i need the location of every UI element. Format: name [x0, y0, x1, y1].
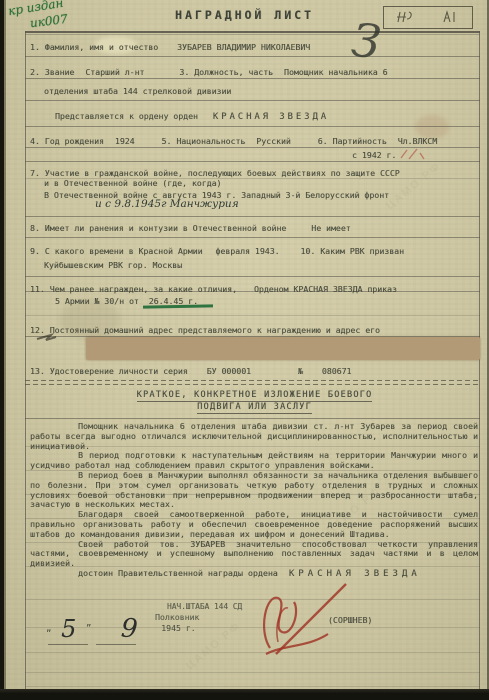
form-top-border-shadow: [25, 34, 480, 35]
form-right-border: [479, 31, 480, 689]
field-id-card-number: 080671: [322, 366, 352, 376]
summary-heading-line2: ПОДВИГА ИЛИ ЗАСЛУГ: [40, 402, 469, 413]
field-nationality-label: 5. Национальность: [162, 136, 246, 146]
pen-smudge-icon: [34, 330, 64, 344]
field-position-label: 3. Должность, часть: [179, 67, 273, 77]
field-prior-awards-row: 11. Чем ранее награжден, за какие отличи…: [30, 284, 397, 294]
summary-heading-line1: КРАТКОЕ, КОНКРЕТНОЕ ИЗЛОЖЕНИЕ БОЕВОГО: [40, 390, 469, 401]
presented-award-name: КРАСНАЯ ЗВЕЗДА: [213, 112, 329, 122]
scan-edge-bottom: [0, 689, 489, 700]
field-name-label: 1. Фамилия, имя и отчество: [30, 42, 158, 52]
handwritten-note-top-left-2: ик007: [29, 13, 68, 31]
scan-edge-left-shadow: [4, 0, 6, 700]
red-check-mark-icon: [398, 146, 426, 164]
summary-paragraph: Помощник начальника 6 отделения штаба ди…: [30, 422, 478, 451]
field-id-card-row: 13. Удостоверение личности серия БУ 0000…: [30, 366, 351, 376]
red-signature-icon: [248, 578, 363, 663]
form-left-border: [25, 31, 26, 689]
presented-for-row: Представляется к ордену орден КРАСНАЯ ЗВ…: [55, 111, 329, 123]
field-name-value: ЗУБАРЕВ ВЛАДИМИР НИКОЛАЕВИЧ: [177, 42, 310, 52]
field-birth-year-value: 1924: [115, 136, 135, 146]
field-id-card-no-sign: №: [298, 366, 303, 376]
field-drafted-by-label: 10. Каким РВК призван: [301, 246, 405, 256]
field-war-participation-label-1: 7. Участие в гражданской войне, последую…: [30, 168, 400, 178]
field-rank-position-row: 2. Звание Старший л-нт 3. Должность, час…: [30, 67, 388, 77]
field-service-since-label: 9. С какого времени в Красной Армии: [30, 246, 203, 256]
stamp-mark-right-icon: [436, 9, 462, 25]
prior-award-order-prefix: 5 Армии № 30/н от: [55, 296, 139, 306]
field-party-label: 6. Партийность: [318, 136, 387, 146]
handwritten-letter-mark: З: [349, 16, 383, 65]
field-name-row: 1. Фамилия, имя и отчество ЗУБАРЕВ ВЛАДИ…: [30, 42, 310, 52]
corner-stamp-box: [383, 6, 473, 29]
field-army-service-row: 9. С какого времени в Красной Армии февр…: [30, 246, 404, 256]
field-wounds-row: 8. Имеет ли ранения и контузии в Отечест…: [30, 223, 351, 233]
date-close-quote: ”: [86, 624, 91, 634]
field-war-participation-label-2: и в Отечественной войне (где, когда): [44, 178, 221, 188]
field-drafted-by-value: Куйбышевским РВК гор. Москвы: [44, 260, 182, 270]
field-wounds-label: 8. Имеет ли ранения и контузии в Отечест…: [30, 223, 286, 233]
field-rank-value: Старший л-нт: [85, 67, 144, 77]
date-open-quote: „: [46, 624, 51, 634]
field-prior-awards-label: 11. Чем ранее награжден, за какие отличи…: [30, 284, 237, 294]
conclusion-prefix: достоин Правительственной награды ордена: [78, 568, 278, 578]
date-day-blank-line: [48, 644, 88, 645]
field-party-value-2: с 1942 г.: [352, 150, 396, 160]
field-position-value-2: отделения штаба 144 стрелковой дивизии: [44, 86, 231, 96]
summary-paragraph: Благодаря своей самоотверженной работе, …: [30, 510, 478, 539]
date-year: 1945 г.: [161, 623, 196, 633]
field-nationality-value: Русский: [256, 136, 291, 146]
date-day-handwritten: 5: [61, 615, 76, 643]
field-party-value: Чл.ВЛКСМ: [398, 136, 437, 146]
field-war-participation-handwritten: и с 9.8.1945г Манчжурия: [95, 199, 239, 211]
field-prior-awards-value-1: Орденом КРАСНАЯ ЗВЕЗДА приказ: [254, 284, 397, 294]
field-id-card-series: БУ 000001: [207, 366, 251, 376]
summary-paragraph: В период подготовки к наступательным дей…: [30, 451, 478, 471]
summary-paragraph: В период боев в Манчжурии выполнял обяза…: [30, 471, 478, 510]
field-rank-label: 2. Звание: [30, 67, 74, 77]
award-sheet-document: ЦАМО РФ ЦАМО РФ ЦАМО РФ ЦАМО РФ кр издан…: [0, 0, 489, 700]
field-home-address-label: 12. Постоянный домашний адрес представля…: [30, 325, 380, 335]
date-month-handwritten: 9: [120, 615, 138, 642]
presented-for-label: Представляется к ордену орден: [55, 111, 198, 121]
field-birth-year-label: 4. Год рождения: [30, 136, 104, 146]
green-underline-mark: [143, 304, 213, 308]
stamp-mark-left-icon: [392, 9, 422, 25]
date-block: „ 5 ” 9 1945 г.: [46, 616, 196, 642]
redacted-address-block: [86, 337, 480, 360]
field-birth-nationality-party-row: 4. Год рождения 1924 5. Национальность Р…: [30, 136, 437, 146]
field-wounds-value: Не имеет: [311, 223, 350, 233]
signatory-unit-line: НАЧ.ШТАБА 144 СД: [167, 602, 242, 612]
summary-paragraph: Своей работой тов. ЗУБАРЕВ значительно с…: [30, 540, 478, 569]
form-top-border: [25, 31, 480, 33]
summary-body: Помощник начальника 6 отделения штаба ди…: [30, 422, 478, 580]
field-id-card-label: 13. Удостоверение личности серия: [30, 366, 188, 376]
field-service-since-value: февраля 1943.: [215, 246, 279, 256]
